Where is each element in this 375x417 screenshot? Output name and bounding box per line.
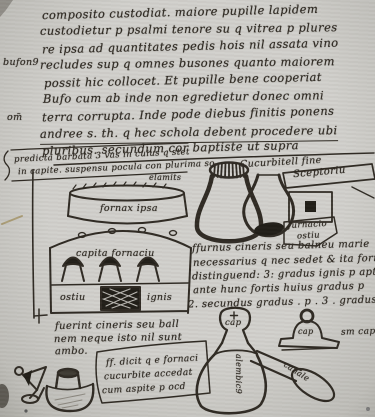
bottom-note-line: cucurbite accedat xyxy=(104,368,193,383)
right-text-line: 2. secundus gradus . p . 3 . gradus xyxy=(188,295,375,311)
right-text-line: ffurnus cineris seu balneu marie xyxy=(192,239,370,255)
furnace-caption-line: ambo. xyxy=(55,346,88,358)
retort-head-label: cap xyxy=(225,318,241,328)
manuscript-page: bufon9 om̃ composito custodiat. maiore p… xyxy=(0,0,375,417)
furnace-top-label: capita fornaciu xyxy=(76,248,155,259)
alembic-side-label: sm capll xyxy=(341,326,375,337)
right-text-line: necessarius q nec sedet & ita fornacem xyxy=(193,252,375,269)
furnace-fire-label: ignis xyxy=(147,292,172,303)
furnace-door-label: ostiu xyxy=(60,292,86,303)
square-furnace-label: furnacio xyxy=(288,219,328,231)
furnace-caption-line: fuerint cineris seu ball xyxy=(55,319,179,332)
alembic-head-label: cap xyxy=(298,327,314,336)
right-text-line: ante hunc fortis huius gradus p xyxy=(193,281,365,296)
text-layer: bufon9 om̃ composito custodiat. maiore p… xyxy=(0,0,375,417)
retort-tube-label: canale xyxy=(282,360,311,383)
right-text-line: distinguend: 3: gradus ignis p apta xyxy=(192,266,375,282)
bottom-note-line: ff. dicit q e fornaci xyxy=(106,354,199,369)
banner-label: Sceptoriu xyxy=(293,165,347,181)
furnace-caption-line: nem neque isto nil sunt xyxy=(54,332,182,345)
pan-label: fornax ipsa xyxy=(100,203,158,214)
bottom-note-line: cum aspite p ocd xyxy=(102,382,186,396)
retort-body-label: alembic9 xyxy=(234,354,243,394)
margin-note-om: om̃ xyxy=(7,112,23,123)
side-note-tail: elamits xyxy=(149,173,181,182)
margin-note-bufo: bufon9 xyxy=(3,57,39,68)
